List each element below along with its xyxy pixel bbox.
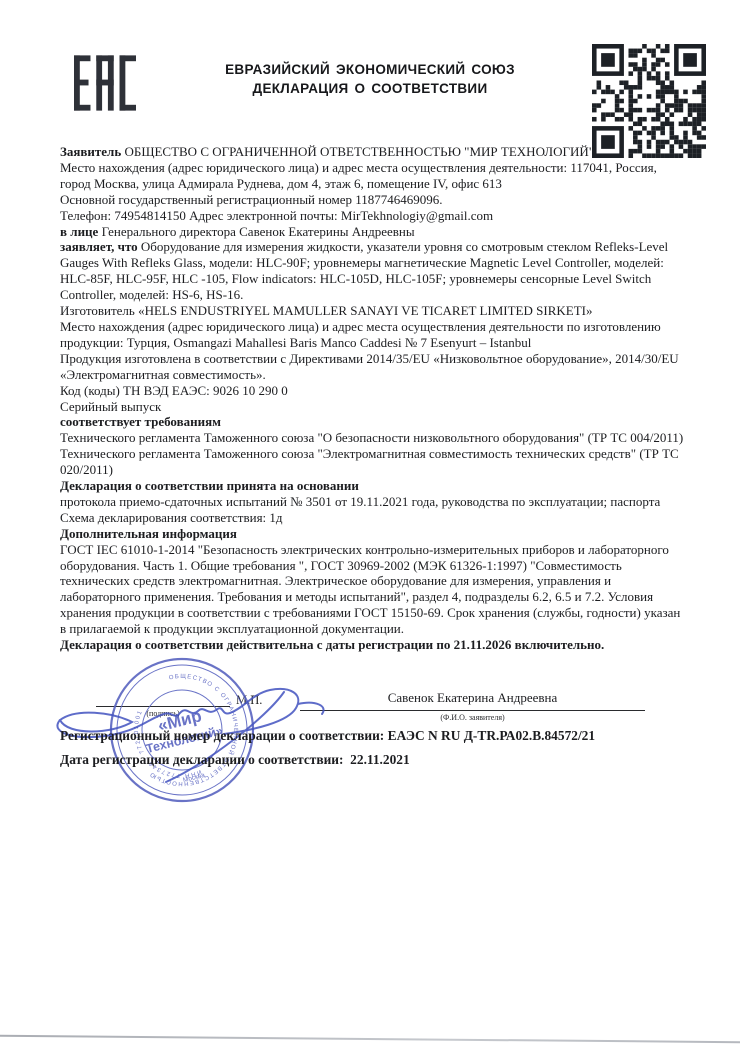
paragraph-manufacturer-address: Место нахождения (адрес юридического лиц… bbox=[60, 319, 686, 351]
declaration-document: ЕВРАЗИЙСКИЙ ЭКОНОМИЧЕСКИЙ СОЮЗ ДЕКЛАРАЦИ… bbox=[0, 0, 740, 1050]
paragraph-basis: протокола приемо-сдаточных испытаний № 3… bbox=[60, 494, 686, 510]
qr-code-icon bbox=[592, 44, 706, 158]
paragraph-regulation-1: Технического регламента Таможенного союз… bbox=[60, 430, 686, 446]
declares-value: Оборудование для измерения жидкости, ука… bbox=[60, 239, 668, 302]
registration-number-label: Регистрационный номер декларации о соотв… bbox=[60, 728, 384, 743]
paragraph-applicant-address: Место нахождения (адрес юридического лиц… bbox=[60, 160, 686, 192]
applicant-label: Заявитель bbox=[60, 144, 121, 159]
paragraph-ogrn: Основной государственный регистрационный… bbox=[60, 192, 686, 208]
declares-label: заявляет, что bbox=[60, 239, 138, 254]
paragraph-serial-issue: Серийный выпуск bbox=[60, 399, 686, 415]
registration-number-line: Регистрационный номер декларации о соотв… bbox=[60, 728, 595, 744]
in-person-label: в лице bbox=[60, 224, 98, 239]
paragraph-declares: заявляет, что Оборудование для измерения… bbox=[60, 239, 686, 303]
registration-date-value: 22.11.2021 bbox=[350, 752, 410, 767]
paragraph-in-person: в лице Генерального директора Савенок Ек… bbox=[60, 224, 686, 240]
heading-additional-info: Дополнительная информация bbox=[60, 526, 686, 542]
heading-complies: соответствует требованиям bbox=[60, 414, 686, 430]
declaration-body: Заявитель ОБЩЕСТВО С ОГРАНИЧЕННОЙ ОТВЕТС… bbox=[60, 144, 686, 653]
complies-heading-text: соответствует требованиям bbox=[60, 414, 221, 429]
basis-heading-text: Декларация о соответствии принята на осн… bbox=[60, 478, 359, 493]
paragraph-contacts: Телефон: 74954814150 Адрес электронной п… bbox=[60, 208, 686, 224]
paragraph-additional-info: ГОСТ IEC 61010-1-2014 "Безопасность элек… bbox=[60, 542, 686, 637]
paragraph-directives: Продукция изготовлена в соответствии с Д… bbox=[60, 351, 686, 383]
scan-edge-artifact bbox=[0, 1035, 740, 1043]
registration-date-label: Дата регистрации декларации о соответств… bbox=[60, 752, 343, 767]
paragraph-applicant: Заявитель ОБЩЕСТВО С ОГРАНИЧЕННОЙ ОТВЕТС… bbox=[60, 144, 686, 160]
registration-number-value: ЕАЭС N RU Д-TR.РА02.В.84572/21 bbox=[388, 728, 595, 743]
paragraph-tnved-code: Код (коды) ТН ВЭД ЕАЭС: 9026 10 290 0 bbox=[60, 383, 686, 399]
heading-basis: Декларация о соответствии принята на осн… bbox=[60, 478, 686, 494]
paragraph-manufacturer: Изготовитель «HELS ENDUSTRIYEL MAMULLER … bbox=[60, 303, 686, 319]
paragraph-regulation-2: Технического регламента Таможенного союз… bbox=[60, 446, 686, 478]
registration-date-line: Дата регистрации декларации о соответств… bbox=[60, 752, 410, 768]
additional-heading-text: Дополнительная информация bbox=[60, 526, 237, 541]
in-person-value: Генерального директора Савенок Екатерины… bbox=[102, 224, 415, 239]
paragraph-scheme: Схема декларирования соответствия: 1д bbox=[60, 510, 686, 526]
paragraph-validity: Декларация о соответствии действительна … bbox=[60, 637, 686, 653]
applicant-value: ОБЩЕСТВО С ОГРАНИЧЕННОЙ ОТВЕТСТВЕННОСТЬЮ… bbox=[124, 144, 594, 159]
